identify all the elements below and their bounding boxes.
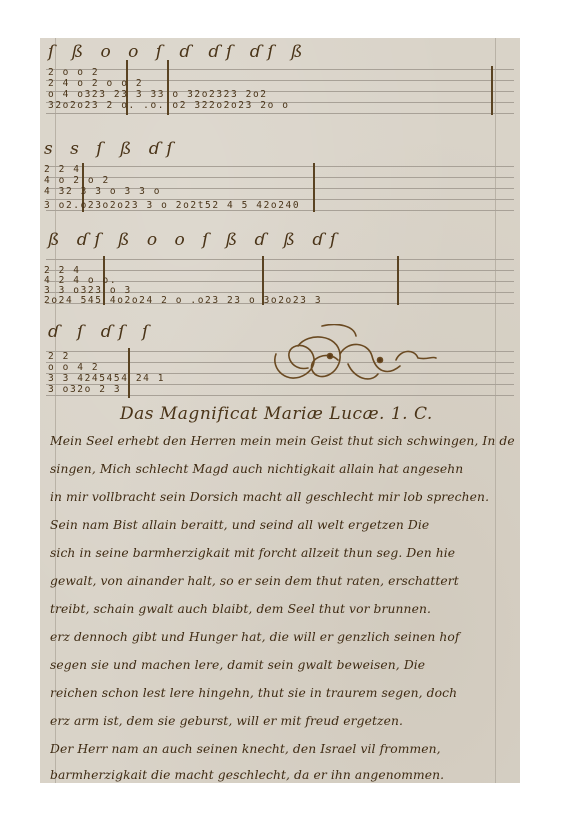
staff-line <box>46 166 514 167</box>
tab-row: 3 o2.o23o2o23 3 o 2o2t52 4 5 42o240 <box>44 201 300 211</box>
staff-line <box>46 259 514 260</box>
tab-row: 32o2o23 2 o. .o. o2 322o2o23 2o o <box>48 101 290 111</box>
staff-line <box>46 69 514 70</box>
tab-row: 2o24 545 4o2o24 2 o .o23 23 o 3o2o23 3 <box>44 296 322 306</box>
lyric-line: reichen schon lest lere hingehn, thut si… <box>50 686 515 700</box>
tab-row: 4 32 3 3 o 3 3 o <box>44 187 161 197</box>
rhythm-signs: ɗ ſ ɗſ ſ <box>48 324 154 341</box>
rhythm-signs: s s ſ ß ɗſ <box>44 141 179 158</box>
manuscript-page: ſ ß o o ſ ɗ ɗſ ɗſ ß 2 o o 2 2 4 o 2 o o … <box>40 38 520 783</box>
staff-line <box>46 113 514 114</box>
lyric-line: Der Herr nam an auch seinen knecht, den … <box>50 742 515 756</box>
tab-row: 2 4 o 2 o o 2 <box>48 79 143 89</box>
lyric-line: treibt, schain gwalt auch blaibt, dem Se… <box>50 602 515 616</box>
lyric-line: singen, Mich schlecht Magd auch nichtigk… <box>50 462 515 476</box>
lyric-line: barmherzigkait die macht geschlecht, da … <box>50 768 515 782</box>
lyric-line: erz dennoch gibt und Hunger hat, die wil… <box>50 630 515 644</box>
barline <box>397 256 399 305</box>
tab-row: 2 2 <box>48 352 70 362</box>
staff-line <box>46 270 514 271</box>
tab-row: 3 3 4245454 24 1 <box>48 374 165 384</box>
lyric-line: gewalt, von ainander halt, so er sein de… <box>50 574 515 588</box>
lyric-line: erz arm ist, dem sie geburst, will er mi… <box>50 714 515 728</box>
tab-row: o 4 o323 23 3 33 o 32o2323 2o2 <box>48 90 268 100</box>
lyric-line: segen sie und machen lere, damit sein gw… <box>50 658 515 672</box>
lyric-line: in mir vollbracht sein Dorsich macht all… <box>50 490 515 504</box>
staff-line <box>46 177 514 178</box>
tab-row: o o 4 2 <box>48 363 99 373</box>
tab-row: 2 2 4 <box>44 165 81 175</box>
tab-row: 3 o32o 2 3 <box>48 385 121 395</box>
barline <box>313 163 315 212</box>
tab-row: 2 o o 2 <box>48 68 99 78</box>
rhythm-signs: ß ɗſ ß o o ſ ß ɗ ß ɗſ <box>48 232 342 249</box>
tab-row: 4 o 2 o 2 <box>44 176 110 186</box>
lyric-line: Mein Seel erhebt den Herren mein mein Ge… <box>50 434 515 448</box>
rhythm-signs: ſ ß o o ſ ɗ ɗſ ɗſ ß <box>48 44 308 61</box>
barline <box>491 66 493 115</box>
staff-line <box>46 395 514 396</box>
decorative-flourish-icon <box>268 324 438 394</box>
page-title: Das Magnificat Mariæ Lucæ. 1. C. <box>120 404 433 424</box>
lyric-line: sich in seine barmherzigkait mit forcht … <box>50 546 515 560</box>
lyric-line: Sein nam Bist allain beraitt, und seind … <box>50 518 515 532</box>
